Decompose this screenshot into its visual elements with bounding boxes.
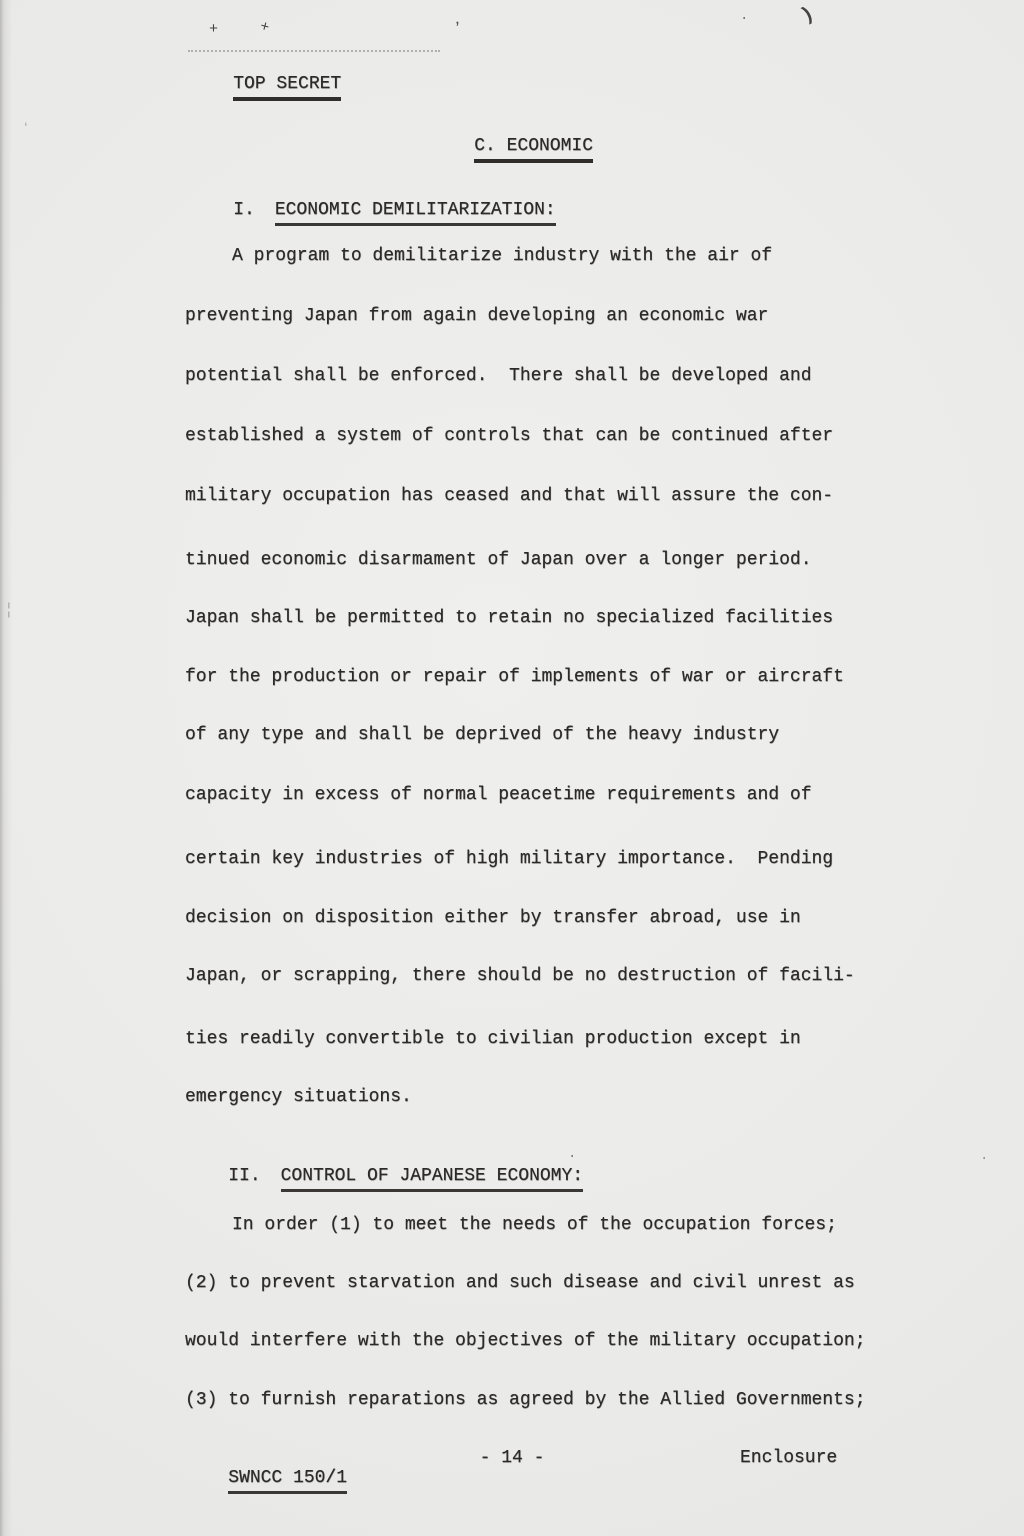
section-2-number: II. [228, 1166, 260, 1186]
typed-line: would interfere with the objectives of t… [185, 1328, 866, 1354]
section-1-title: ECONOMIC DEMILITARIZATION: [275, 200, 556, 226]
typed-line: of any type and shall be deprived of the… [185, 722, 779, 748]
typed-line: Japan shall be permitted to retain no sp… [185, 605, 833, 631]
typed-line: capacity in excess of normal peacetime r… [185, 782, 812, 808]
enclosure-label: Enclosure [740, 1448, 837, 1468]
typed-line: ties readily convertible to civilian pro… [185, 1026, 801, 1052]
typed-line: (2) to prevent starvation and such disea… [185, 1270, 855, 1296]
ink-speck: · [980, 1152, 988, 1166]
section-1-heading: I.ECONOMIC DEMILITARIZATION: [190, 180, 556, 246]
typed-line: (3) to furnish reparations as agreed by … [185, 1387, 866, 1413]
typed-line: A program to demilitarize industry with … [185, 243, 772, 269]
typed-line: for the production or repair of implemen… [185, 664, 844, 690]
ink-speck: · [740, 12, 748, 26]
typed-line: preventing Japan from again developing a… [185, 303, 768, 329]
document-number-text: SWNCC 150/1 [228, 1468, 347, 1494]
page-number: - 14 - [0, 1448, 1024, 1468]
typed-line: established a system of controls that ca… [185, 423, 833, 449]
typed-line: tinued economic disarmament of Japan ove… [185, 547, 812, 573]
page-title-text: C. ECONOMIC [474, 136, 593, 163]
section-2-title: CONTROL OF JAPANESE ECONOMY: [281, 1166, 583, 1192]
typed-line: emergency situations. [185, 1084, 412, 1110]
ink-speck: ʼ [452, 22, 463, 40]
classification-text: TOP SECRET [233, 74, 341, 101]
typed-line: decision on disposition either by transf… [185, 905, 801, 931]
ink-speck: + [258, 19, 271, 36]
scan-artifact-line [188, 50, 440, 52]
classification-stamp: TOP SECRET [190, 54, 341, 121]
section-2-heading: II.CONTROL OF JAPANESE ECONOMY: [185, 1146, 583, 1212]
ink-speck: + [209, 22, 218, 37]
document-page: + + ʼ · ) ʻ ¦ · · TOP SECRET C. ECONOMIC… [0, 0, 1024, 1536]
typed-line: In order (1) to meet the needs of the oc… [185, 1212, 837, 1238]
typed-line: potential shall be enforced. There shall… [185, 363, 812, 389]
typed-line: Japan, or scrapping, there should be no … [185, 963, 855, 989]
page-title: C. ECONOMIC [0, 116, 1024, 183]
typed-line: military occupation has ceased and that … [185, 483, 833, 509]
section-1-number: I. [233, 200, 255, 220]
ink-speck: ¦ [4, 602, 14, 618]
scan-edge-shadow [0, 0, 12, 1536]
typed-line: certain key industries of high military … [185, 846, 833, 872]
ink-speck: ) [798, 4, 818, 27]
